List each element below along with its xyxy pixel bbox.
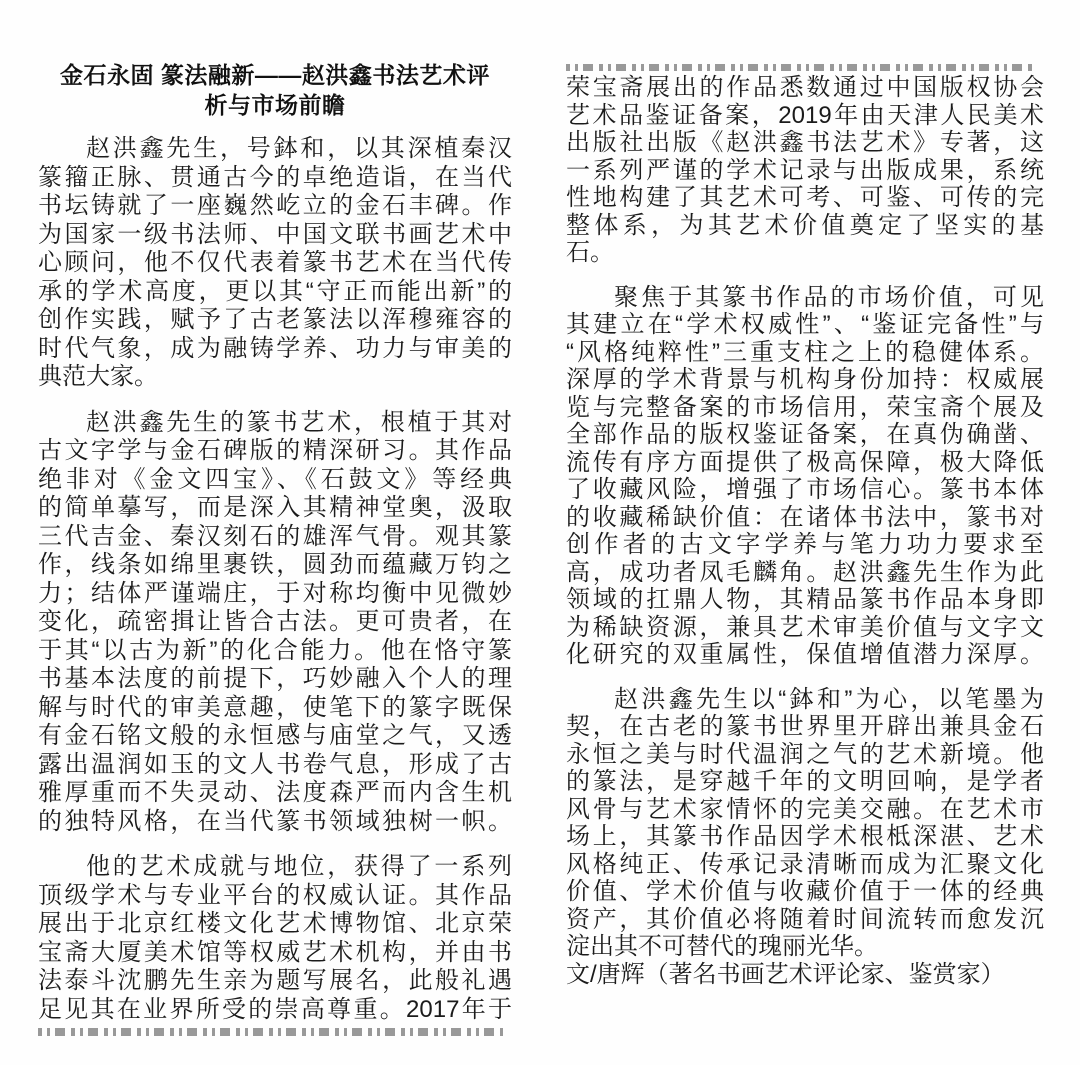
text-line: 的简单摹写，而是深入其精神堂奥，汲取 — [38, 494, 512, 523]
text-line: 的篆法，是穿越千年的文明回响，是学者 — [566, 768, 1044, 796]
text-line: 赵洪鑫先生的篆书艺术，根植于其对 — [38, 409, 512, 438]
text-line: 全部作品的版权鉴证备案，在真伪确凿、 — [566, 421, 1044, 449]
text-line: 一系列严谨的学术记录与出版成果，系统 — [566, 157, 1044, 185]
text-line: 出版社出版《赵洪鑫书法艺术》专著，这 — [566, 129, 1044, 157]
text-line: 书坛铸就了一座巍然屹立的金石丰碑。作 — [38, 192, 512, 221]
paragraph: 他的艺术成就与地位，获得了一系列顶级学术与专业平台的权威认证。其作品展出于北京红… — [38, 853, 512, 1024]
text-line: 创作者的古文字学养与笔力功力要求至 — [566, 531, 1044, 559]
text-line: 化研究的双重属性，保值增值潜力深厚。 — [566, 641, 1044, 669]
paragraph: 赵洪鑫先生以“鉢和”为心，以笔墨为契，在古老的篆书世界里开辟出兼具金石永恒之美与… — [566, 686, 1044, 961]
text-line: 契，在古老的篆书世界里开辟出兼具金石 — [566, 713, 1044, 741]
clipped-text-line — [38, 1028, 503, 1036]
text-line: 赵洪鑫先生以“鉢和”为心，以笔墨为 — [566, 686, 1044, 714]
text-line: 力；结体严谨端庄，于对称均衡中见微妙 — [38, 580, 512, 609]
article-title-line: 析与市场前瞻 — [38, 90, 512, 120]
text-line: 展出于北京红楼文化艺术博物馆、北京荣 — [38, 910, 512, 939]
text-line: 领域的扛鼎人物，其精品篆书作品本身即 — [566, 586, 1044, 614]
text-line: 承的学术高度，更以其“守正而能出新”的 — [38, 278, 512, 307]
text-line: 典范大家。 — [38, 363, 512, 392]
text-line: “风格纯粹性”三重支柱之上的稳健体系。 — [566, 339, 1044, 367]
text-line: 性地构建了其艺术可考、可鉴、可传的完 — [566, 184, 1044, 212]
text-line: 古文字学与金石碑版的精深研习。其作品 — [38, 437, 512, 466]
text-line: 为稀缺资源，兼具艺术审美价值与文字文 — [566, 614, 1044, 642]
text-line: 览与完整备案的市场信用，荣宝斋个展及 — [566, 394, 1044, 422]
text-line: 足见其在业界所受的崇高尊重。2017年于 — [38, 996, 512, 1025]
text-line: 心顾问，他不仅代表着篆书艺术在当代传 — [38, 249, 512, 278]
text-line: 宝斋大厦美术馆等权威艺术机构，并由书 — [38, 939, 512, 968]
text-line: 法泰斗沈鹏先生亲为题写展名，此般礼遇 — [38, 967, 512, 996]
text-line: 深厚的学术背景与机构身份加持：权威展 — [566, 366, 1044, 394]
text-line: 风骨与艺术家情怀的完美交融。在艺术市 — [566, 796, 1044, 824]
left-column: 金石永固 篆法融新——赵洪鑫书法艺术评析与市场前瞻赵洪鑫先生，号鉢和，以其深植秦… — [38, 0, 512, 1041]
text-line: 永恒之美与时代温润之气的艺术新境。他 — [566, 741, 1044, 769]
text-line: 的收藏稀缺价值：在诸体书法中，篆书对 — [566, 504, 1044, 532]
text-line: 荣宝斋展出的作品悉数通过中国版权协会 — [566, 74, 1044, 102]
text-line: 有金石铭文般的永恒感与庙堂之气，又透 — [38, 722, 512, 751]
paragraph: 荣宝斋展出的作品悉数通过中国版权协会艺术品鉴证备案，2019年由天津人民美术出版… — [566, 74, 1044, 267]
text-line: 为国家一级书法师、中国文联书画艺术中 — [38, 221, 512, 250]
text-line: 资产，其价值必将随着时间流转而愈发沉 — [566, 906, 1044, 934]
right-column: 荣宝斋展出的作品悉数通过中国版权协会艺术品鉴证备案，2019年由天津人民美术出版… — [566, 0, 1044, 988]
text-line: 其建立在“学术权威性”、“鉴证完备性”与 — [566, 311, 1044, 339]
text-line: 了收藏风险，增强了市场信心。篆书本体 — [566, 476, 1044, 504]
text-line: 艺术品鉴证备案，2019年由天津人民美术 — [566, 102, 1044, 130]
paragraph: 赵洪鑫先生的篆书艺术，根植于其对古文字学与金石碑版的精深研习。其作品绝非对《金文… — [38, 409, 512, 837]
text-line: 解与时代的审美意趣，使笔下的篆字既保 — [38, 694, 512, 723]
text-line: 绝非对《金文四宝》、《石鼓文》等经典 — [38, 466, 512, 495]
byline: 文/唐辉（著名书画艺术评论家、鉴赏家） — [566, 961, 1044, 989]
text-line: 聚焦于其篆书作品的市场价值，可见 — [566, 284, 1044, 312]
text-line: 时代气象，成为融铸学养、功力与审美的 — [38, 335, 512, 364]
text-line: 场上，其篆书作品因学术根柢深湛、艺术 — [566, 823, 1044, 851]
text-line: 风格纯正、传承记录清晰而成为汇聚文化 — [566, 851, 1044, 879]
text-line: 篆籀正脉、贯通古今的卓绝造诣，在当代 — [38, 164, 512, 193]
text-line: 价值、学术价值与收藏价值于一体的经典 — [566, 878, 1044, 906]
text-line: 高，成功者凤毛麟角。赵洪鑫先生作为此 — [566, 559, 1044, 587]
text-line: 书基本法度的前提下，巧妙融入个人的理 — [38, 665, 512, 694]
text-line: 变化，疏密揖让皆合古法。更可贵者，在 — [38, 608, 512, 637]
paragraph: 赵洪鑫先生，号鉢和，以其深植秦汉篆籀正脉、贯通古今的卓绝造诣，在当代书坛铸就了一… — [38, 135, 512, 392]
text-line: 于其“以古为新”的化合能力。他在恪守篆 — [38, 637, 512, 666]
text-line: 整体系，为其艺术价值奠定了坚实的基 — [566, 212, 1044, 240]
text-line: 创作实践，赋予了古老篆法以浑穆雍容的 — [38, 306, 512, 335]
paragraph: 聚焦于其篆书作品的市场价值，可见其建立在“学术权威性”、“鉴证完备性”与“风格纯… — [566, 284, 1044, 669]
text-line: 三代吉金、秦汉刻石的雄浑气骨。观其篆 — [38, 523, 512, 552]
text-line: 雅厚重而不失灵动、法度森严而内含生机 — [38, 779, 512, 808]
text-line: 露出温润如玉的文人书卷气息，形成了古 — [38, 751, 512, 780]
article-title-line: 金石永固 篆法融新——赵洪鑫书法艺术评 — [38, 60, 512, 90]
document-page: 金石永固 篆法融新——赵洪鑫书法艺术评析与市场前瞻赵洪鑫先生，号鉢和，以其深植秦… — [0, 0, 1080, 1065]
clipped-text-line — [566, 64, 1034, 71]
text-line: 淀出其不可替代的瑰丽光华。 — [566, 933, 1044, 961]
text-line: 的独特风格，在当代篆书领域独树一帜。 — [38, 808, 512, 837]
text-line: 他的艺术成就与地位，获得了一系列 — [38, 853, 512, 882]
text-line: 流传有序方面提供了极高保障，极大降低 — [566, 449, 1044, 477]
article-title: 金石永固 篆法融新——赵洪鑫书法艺术评析与市场前瞻 — [38, 60, 512, 120]
text-line: 石。 — [566, 239, 1044, 267]
text-line: 赵洪鑫先生，号鉢和，以其深植秦汉 — [38, 135, 512, 164]
text-line: 作，线条如绵里裹铁，圆劲而蕴藏万钧之 — [38, 551, 512, 580]
text-line: 顶级学术与专业平台的权威认证。其作品 — [38, 882, 512, 911]
